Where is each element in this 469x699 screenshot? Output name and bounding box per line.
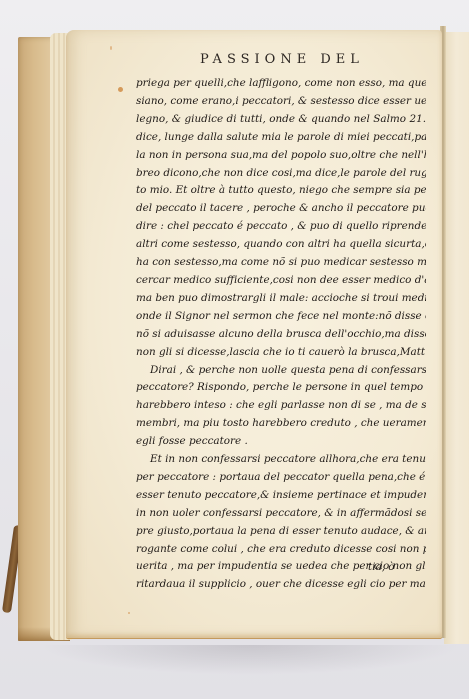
text-line: membri, ma piu tosto harebbero creduto ,…: [136, 415, 426, 433]
text-line: ma ben puo dimostrargli il male: accioch…: [136, 290, 426, 308]
catchword: tia, ò: [368, 561, 395, 573]
foxing-spot: [118, 87, 123, 92]
foxing-spot: [128, 612, 130, 614]
text-line: esser tenuto peccatore,& insieme pertina…: [136, 487, 426, 505]
text-line: onde il Signor nel sermon che fece nel m…: [136, 308, 426, 326]
text-line: legno, & giudice di tutti, onde & quando…: [136, 111, 426, 129]
book-shadow: [40, 645, 460, 675]
text-line: non gli si dicesse,lascia che io ti caue…: [136, 344, 426, 362]
running-head: PASSIONE DEL: [200, 52, 420, 67]
text-line: priega per quelli,che laffligono, come n…: [136, 75, 426, 93]
text-line: ha con sestesso,ma come nõ si puo medica…: [136, 254, 426, 272]
facing-page-edge: [444, 32, 469, 644]
text-line: la non in persona sua,ma del popolo suo,…: [136, 147, 426, 165]
text-line: pre giusto,portaua la pena di esser tenu…: [136, 523, 426, 541]
text-line: dire : chel peccato é peccato , & puo di…: [136, 218, 426, 236]
text-line: per peccatore : portaua del peccator que…: [136, 469, 426, 487]
foxing-spot: [110, 46, 112, 50]
text-line: Dirai , & perche non uolle questa pena d…: [136, 362, 426, 380]
text-line: rogante come colui , che era creduto dic…: [136, 541, 426, 559]
text-line: cercar medico sufficiente,cosi non dee e…: [136, 272, 426, 290]
text-line: Et in non confessarsi peccatore allhora,…: [136, 451, 426, 469]
text-line: dice, lunge dalla salute mia le parole d…: [136, 129, 426, 147]
text-line: ritardaua il supplicio , ouer che dicess…: [136, 576, 426, 594]
text-line: siano, come erano,i peccatori, & sestess…: [136, 93, 426, 111]
text-line: breo dicono,che non dice cosi,ma dice,le…: [136, 165, 426, 183]
text-line: nõ si aduisasse alcuno della brusca dell…: [136, 326, 426, 344]
text-line: to mio. Et oltre à tutto questo, niego c…: [136, 182, 426, 200]
text-line: del peccato il tacere , peroche & ancho …: [136, 200, 426, 218]
page-body-text: priega per quelli,che laffligono, come n…: [136, 75, 426, 594]
text-line: in non uoler confessarsi peccatore, & in…: [136, 505, 426, 523]
text-line: peccatore? Rispondo, perche le persone i…: [136, 379, 426, 397]
text-line: harebbero inteso : che egli parlasse non…: [136, 397, 426, 415]
text-line: egli fosse peccatore .: [136, 433, 426, 451]
text-line: altri come sestesso, quando con altri ha…: [136, 236, 426, 254]
